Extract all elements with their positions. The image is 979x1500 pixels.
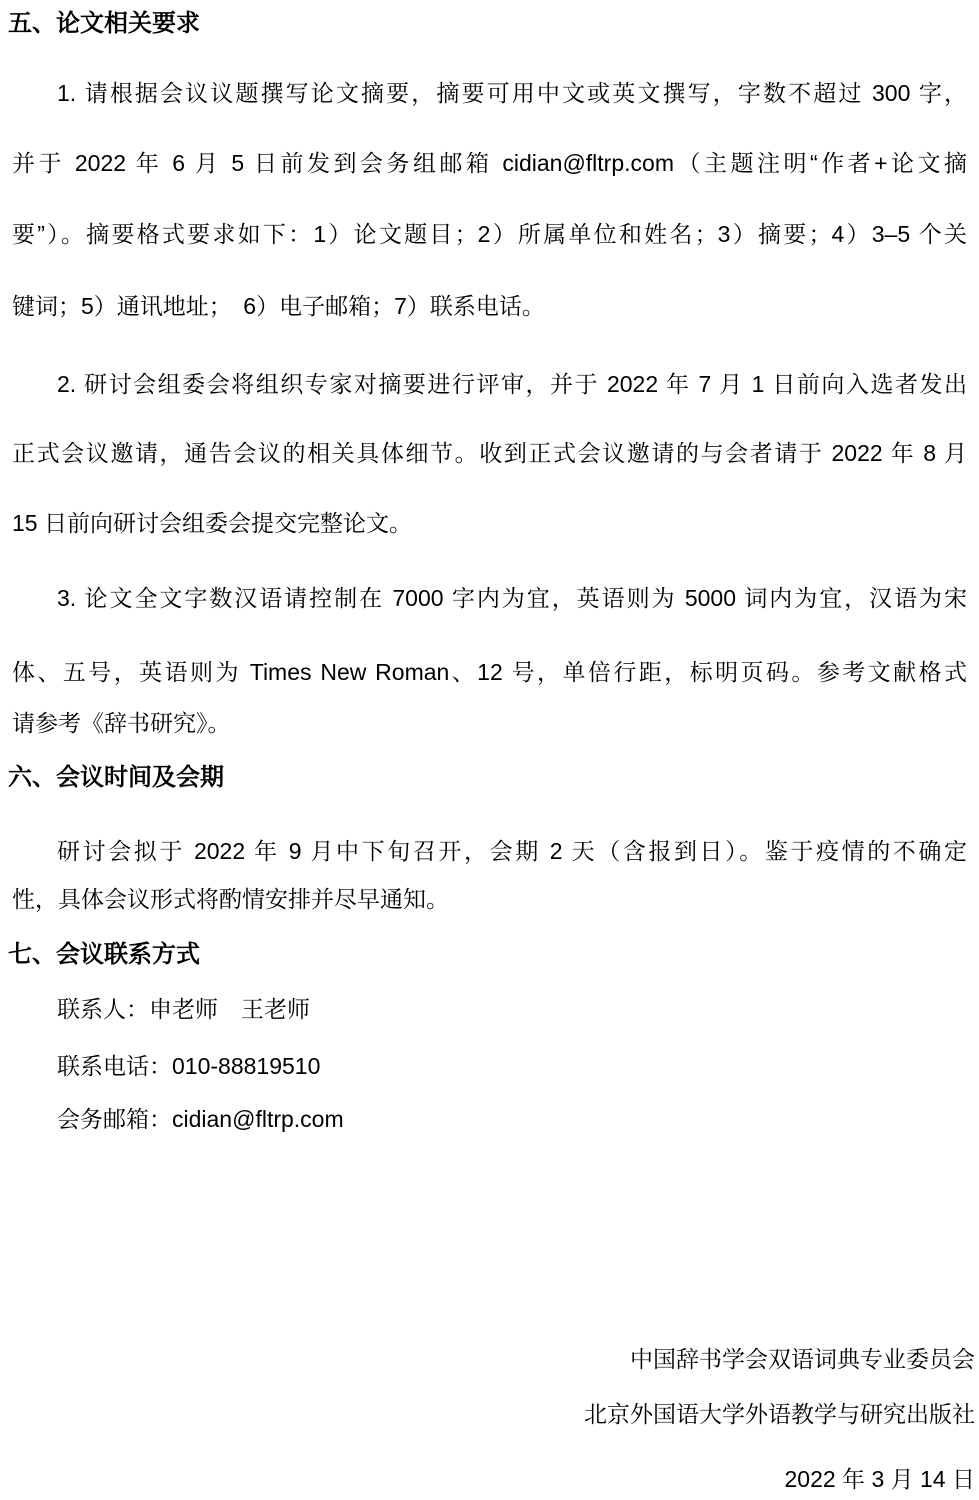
section5-para2-line2: 正式会议邀请，通告会议的相关具体细节。收到正式会议邀请的与会者请于 2022 年… <box>12 436 967 470</box>
section6-para1-line1: 研讨会拟于 2022 年 9 月中下旬召开，会期 2 天（含报到日）。鉴于疫情的… <box>12 834 967 868</box>
section5-para3-line2: 体、五号，英语则为 Times New Roman、12 号，单倍行距，标明页码… <box>12 655 967 689</box>
section5-para3-line3: 请参考《辞书研究》。 <box>12 706 967 740</box>
signature-date: 2022 年 3 月 14 日 <box>12 1462 975 1496</box>
section5-para1-line1: 1. 请根据会议议题撰写论文摘要，摘要可用中文或英文撰写，字数不超过 300 字… <box>12 76 967 110</box>
signature-organization-1: 中国辞书学会双语词典专业委员会 <box>12 1342 975 1376</box>
section-5-heading: 五、论文相关要求 <box>8 7 963 41</box>
section6-para1-line2: 性，具体会议形式将酌情安排并尽早通知。 <box>12 882 967 916</box>
section5-para3-line1: 3. 论文全文字数汉语请控制在 7000 字内为宜，英语则为 5000 词内为宜… <box>12 581 967 615</box>
section5-para1-line4: 键词；5）通讯地址； 6）电子邮箱；7）联系电话。 <box>12 289 967 323</box>
section5-para2-line3: 15 日前向研讨会组委会提交完整论文。 <box>12 506 967 540</box>
document-page: 五、论文相关要求 1. 请根据会议议题撰写论文摘要，摘要可用中文或英文撰写，字数… <box>0 0 979 1500</box>
section5-para2-line1: 2. 研讨会组委会将组织专家对摘要进行评审，并于 2022 年 7 月 1 日前… <box>12 367 967 401</box>
section5-para1-line2: 并于 2022 年 6 月 5 日前发到会务组邮箱 cidian@fltrp.c… <box>12 146 967 180</box>
section-6-heading: 六、会议时间及会期 <box>8 761 963 795</box>
signature-organization-2: 北京外国语大学外语教学与研究出版社 <box>12 1397 975 1431</box>
contact-email-line: 会务邮箱：cidian@fltrp.com <box>57 1102 967 1136</box>
contact-phone-line: 联系电话：010-88819510 <box>57 1049 967 1083</box>
contact-person-line: 联系人：申老师 王老师 <box>57 992 967 1026</box>
section5-para1-line3: 要”）。摘要格式要求如下：1）论文题目；2）所属单位和姓名；3）摘要；4）3–5… <box>12 217 967 251</box>
section-7-heading: 七、会议联系方式 <box>8 938 963 972</box>
